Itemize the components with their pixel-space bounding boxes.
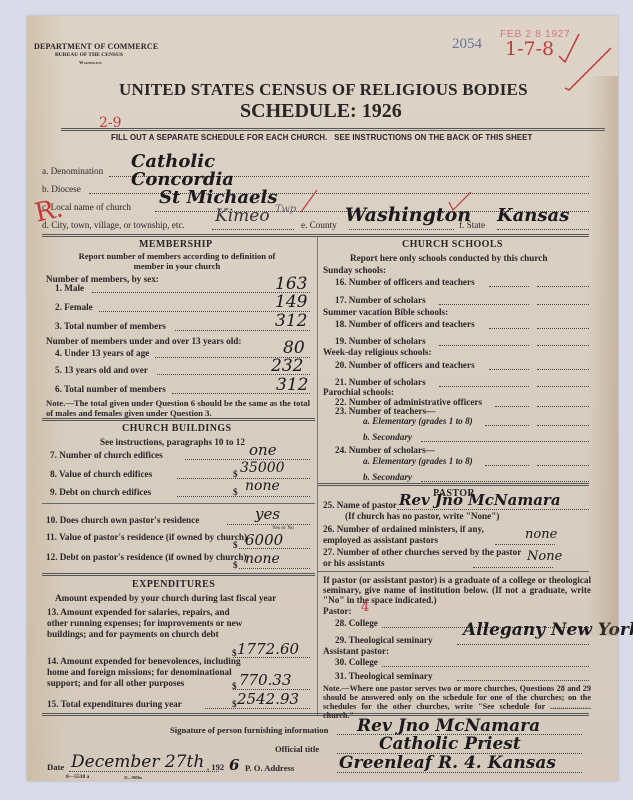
residence-value-field[interactable]: 6000 [245,531,283,549]
red-tick-icon [447,190,477,220]
schools-divider [318,483,589,486]
sunday-label: Sunday schools: [323,265,386,275]
q15-amount-field[interactable]: 2542.93 [237,690,299,708]
form-code-2: 11—9056a [124,775,142,780]
q25-label: 25. Name of pastor [323,500,397,510]
expenditures-sub: Amount expended by your church during la… [55,593,276,603]
total-members-age-count[interactable]: 312 [276,375,308,395]
female-label: 2. Female [55,302,93,312]
buildings-heading: CHURCH BUILDINGS [122,423,231,434]
age-label: Number of members under and over 13 year… [46,336,241,346]
diocese-label: b. Diocese [42,184,81,194]
q24-label: 24. Number of scholars— [335,445,435,455]
red-checkmark-icon [557,28,617,98]
membership-note: Note.—The total given under Question 6 s… [46,398,310,418]
q23-label: 23. Number of teachers— [335,406,435,416]
parochial-label: Parochial schools: [323,387,394,397]
po-address-field[interactable]: Greenleaf R. 4. Kansas [339,753,556,773]
census-form-page: DEPARTMENT OF COMMERCE BUREAU OF THE CEN… [27,16,618,781]
edifices-value-field[interactable]: 35000 [240,460,285,476]
schedule-title: SCHEDULE: 1926 [240,100,402,123]
red-tick-icon [297,186,327,216]
buildings-sub: See instructions, paragraphs 10 to 12 [100,437,245,447]
q27-label: 27. Number of other churches served by t… [323,547,523,569]
membership-intro: Report number of members according to de… [77,251,277,271]
currency-sign: $ [233,469,238,479]
edifices-value-label: 8. Value of church edifices [50,469,152,479]
female-count[interactable]: 149 [275,292,307,312]
residence-owned-field[interactable]: yes [255,505,280,523]
q13-label: 13. Amount expended for salaries, repair… [47,607,252,640]
weekday-label: Week-day religious schools: [323,347,432,357]
other-churches-field[interactable]: None [527,549,562,564]
edifices-count-field[interactable]: one [249,441,277,459]
residence-owned-label: 10. Does church own pastor's residence [46,515,199,525]
denomination-label: a. Denomination [42,166,103,176]
q26-label: 26. Number of ordained ministers, if any… [323,524,523,546]
over13-count[interactable]: 232 [271,356,303,376]
signature-field[interactable]: Rev Jno McNamara [357,716,540,736]
header-divider [61,128,605,131]
city-annotation: Twp [275,204,296,215]
assistant-pastors-field[interactable]: none [525,527,557,542]
q28-label: 28. College [335,618,378,628]
city-label: Washington [79,60,102,65]
under13-count[interactable]: 80 [283,338,305,358]
q30-label: 30. College [335,657,378,667]
red-code-annotation: 1-7-8 [505,38,554,60]
q15-label: 15. Total expenditures during year [47,699,182,709]
county-label: e. County [301,220,337,230]
serial-number: 2054 [452,36,482,53]
q23b-label: b. Secondary [363,432,412,442]
male-label: 1. Male [55,283,84,293]
residence-debt-field[interactable]: none [245,551,280,567]
q31-label: 31. Theological seminary [335,671,433,681]
schools-intro: Report here only schools conducted by th… [350,253,547,263]
residence-value-label: 11. Value of pastor's residence (if owne… [46,532,256,543]
membership-divider [42,418,315,421]
q29-label: 29. Theological seminary [335,635,433,645]
assistant-pastor-label: Assistant pastor: [323,646,389,656]
pastor-sub-label: Pastor: [323,606,352,616]
currency-sign: $ [233,487,238,497]
form-code-1: 8—5518 a [66,774,89,780]
church-name-field[interactable]: St Michaels [159,187,277,208]
bureau-label: BUREAU OF THE CENSUS [55,52,123,58]
q18-label: 18. Number of officers and teachers [335,319,475,329]
form-title: UNITED STATES CENSUS OF RELIGIOUS BODIES [119,80,528,100]
q21-label: 21. Number of scholars [335,377,426,387]
schools-heading: CHURCH SCHOOLS [402,239,503,250]
currency-sign: $ [233,560,238,570]
currency-sign: $ [233,540,238,550]
membership-heading: MEMBERSHIP [139,239,212,250]
q20-label: 20. Number of officers and teachers [335,360,475,370]
column-divider [317,237,318,715]
residence-debt-label: 12. Debt on pastor's residence (if owned… [46,552,256,563]
edifices-debt-label: 9. Debt on church edifices [50,487,151,497]
official-title-label: Official title [275,744,319,754]
q25-hint: (If church has no pastor, write "None") [345,511,499,521]
year-digit-field[interactable]: 6 [229,756,239,774]
edifices-count-label: 7. Number of church edifices [50,450,163,460]
identity-divider [42,234,589,237]
q14-label: 14. Amount expended for benevolences, in… [47,656,252,689]
pastor-name-field[interactable]: Rev Jno McNamara [399,491,561,509]
instruction-banner: FILL OUT A SEPARATE SCHEDULE FOR EACH CH… [111,132,532,142]
pastor-note: Note.—Where one pastor serves two or mor… [323,684,591,720]
red-margin-mark: R. [32,193,65,228]
date-field[interactable]: December 27th [71,752,204,772]
currency-sign: $ [232,699,237,709]
state-label: f. State [459,220,485,230]
edifices-debt-field[interactable]: none [245,478,280,494]
q17-label: 17. Number of scholars [335,295,426,305]
q24b-label: b. Secondary [363,472,412,482]
official-title-field[interactable]: Catholic Priest [379,734,521,754]
city-field[interactable]: Kimeo [215,206,270,226]
signature-label: Signature of person furnishing informati… [170,725,328,735]
male-count[interactable]: 163 [275,274,307,294]
q14-amount-field[interactable]: 770.33 [239,671,292,689]
buildings-divider [42,573,315,576]
q23a-label: a. Elementary (grades 1 to 8) [363,416,473,426]
year-prefix: , 192 [207,762,224,772]
over13-label: 5. 13 years old and over [55,365,148,375]
department-label: DEPARTMENT OF COMMERCE [34,42,158,51]
date-label: Date [47,762,64,772]
red-pastor-mark: 4 [361,600,369,615]
currency-sign: $ [232,681,237,691]
q16-label: 16. Number of officers and teachers [335,277,475,287]
total-members-age-label: 6. Total number of members [55,384,166,394]
under13-label: 4. Under 13 years of age [55,348,149,358]
total-members-count[interactable]: 312 [275,311,307,331]
expenditures-heading: EXPENDITURES [132,579,215,590]
state-field[interactable]: Kansas [497,205,569,226]
seminary-field[interactable]: Allegany New York [463,620,633,640]
q24a-label: a. Elementary (grades 1 to 8) [363,456,473,466]
po-address-label: P. O. Address [245,763,294,773]
summer-label: Summer vacation Bible schools: [323,307,448,317]
q19-label: 19. Number of scholars [335,336,426,346]
total-members-label: 3. Total number of members [55,321,166,331]
